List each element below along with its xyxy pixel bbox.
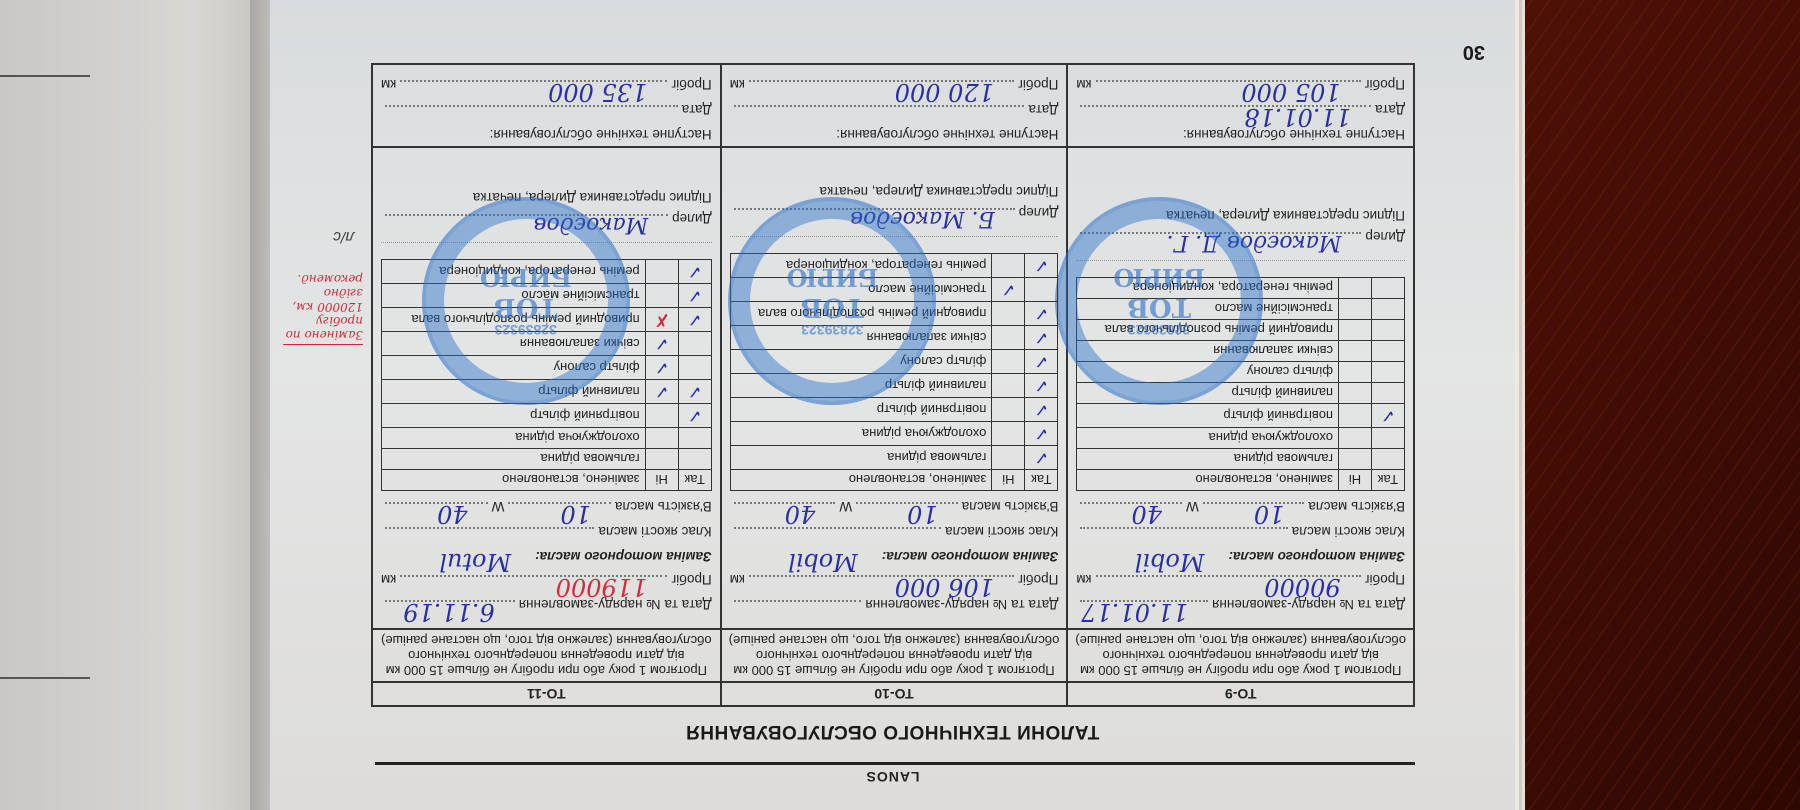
no-checkbox[interactable] [1339,404,1372,428]
next-mileage-field[interactable]: 120 000 [749,80,1014,96]
no-checkbox[interactable]: ✓ [645,332,678,356]
checklist-row: ремінь генератора, кондиціонера [1077,278,1405,299]
checklist-item-label: трансмісійне масло [730,278,992,302]
coupons-table: ТО-9 Протягом 1 року або при пробігу не … [371,63,1415,707]
order-date-value: 6.11.19 [403,598,495,626]
checklist-row: ✓фільтр салону [382,356,712,380]
oil-class-label: Клас якості масла [598,524,711,539]
mileage-field[interactable]: 106 000 [749,575,1014,591]
checklist-item-label: трансмісійне масло [382,284,646,308]
viscosity-a-value: 10 [1254,500,1285,528]
oil-class-label: Клас якості масла [945,524,1058,539]
yes-checkbox[interactable]: ✓ [1025,374,1058,398]
mileage-label: Пробіг [671,572,711,587]
yes-checkbox[interactable]: ✓ [1025,302,1058,326]
coupon-condition: Протягом 1 року або при пробігу не більш… [722,628,1067,681]
next-date-field[interactable] [385,105,678,121]
order-date-field[interactable]: 11.01.17 [1080,600,1208,616]
next-mileage-value: 105 000 [1241,78,1340,106]
next-mileage-label: Пробіг [671,77,711,92]
no-checkbox[interactable]: ✓ [992,278,1025,302]
oil-class-label: Клас якості масла [1292,524,1405,539]
page-title: ТАЛОНИ ТЕХНІЧНОГО ОБСЛУГОВУВАННЯ [270,720,1515,742]
yes-checkbox[interactable]: ✓ [678,380,711,404]
checklist-row: ✓повітряний фільтр [730,398,1058,422]
replaced-header: замінено, встановлено [730,470,992,491]
checklist-row: свічки запалювання [1077,341,1405,362]
checklist-item-label: гальмова рідина [730,446,992,470]
checklist-item-label: фільтр салону [382,356,646,380]
checklist-row: охолоджуюча рідина [382,428,712,449]
no-checkbox[interactable] [645,449,678,470]
oil-brand-field[interactable]: Motul [385,552,531,566]
next-date-field[interactable]: 11.01.18 [1080,105,1371,121]
oil-class-line: Клас якості масла [381,524,712,543]
checklist-row: ✓ремінь генератора, кондиціонера [382,260,712,284]
yes-checkbox[interactable]: ✓ [678,308,711,332]
oil-viscosity-line: В'язкість масла 10 W 40 [381,499,712,518]
no-header: Ні [645,470,678,491]
km-unit: км [1076,77,1091,92]
next-mileage-line: Пробіг 105 000 км [1076,77,1405,96]
viscosity-b-field[interactable]: 40 [1080,502,1182,518]
checklist-item-label: фільтр салону [730,350,992,374]
oil-class-field[interactable] [385,527,594,543]
dealer-line: Дилер Макоєдов [381,211,712,230]
dealer-label: Дилер [672,211,712,226]
checklist-item-label: повітряний фільтр [382,404,646,428]
dealer-label: Дилер [1019,205,1059,220]
checklist-item-label: повітряний фільтр [730,398,992,422]
next-mileage-label: Пробіг [1018,77,1058,92]
viscosity-a-value: 10 [560,500,591,528]
checklist-item-label: ремінь генератора, кондиціонера [730,254,992,278]
checklist-item-label: гальмова рідина [1077,449,1339,470]
km-unit: км [1076,572,1091,587]
no-header: Ні [992,470,1025,491]
checklist-item-label: паливний фільтр [382,380,646,404]
coupon-body: Дата та № наряду-замовлення 11.01.17 Про… [1068,202,1413,628]
checklist-row: ✓охолоджуюча рідина [730,422,1058,446]
dealer-label: Дилер [1365,229,1405,244]
next-mileage-field[interactable]: 135 000 [400,80,667,96]
checklist-item-label: паливний фільтр [730,374,992,398]
yes-checkbox[interactable]: ✓ [1025,326,1058,350]
next-mileage-value: 120 000 [895,78,994,106]
next-date-label: Дата [682,102,712,117]
dealer-line: Дилер Макоєдов Д. Г. [1076,229,1405,248]
dealer-field[interactable]: Б. Макоєдов [734,208,1015,224]
yes-checkbox[interactable]: ✓ [1025,254,1058,278]
checklist-row: ✓паливний фільтр [730,374,1058,398]
order-date-value: 11.01.17 [1081,598,1188,626]
order-date-field[interactable]: 6.11.19 [385,600,515,616]
viscosity-a-field[interactable]: 10 [856,502,958,518]
oil-brand-value: Motul [439,548,511,576]
next-service-block: Наступне технічне обслуговування: Дата П… [373,65,720,148]
no-checkbox[interactable] [992,374,1025,398]
checklist-item-label: трансмісійне масло [1077,299,1339,320]
checklist-item-label: фільтр салону [1077,362,1339,383]
viscosity-b-value: 40 [785,500,816,528]
checklist-item-label: приводний ремінь розподільчого вала [1077,320,1339,341]
checklist-row: ✓трансмісійне масло [382,284,712,308]
oil-brand-field[interactable]: Mobil [734,552,878,566]
oil-class-field[interactable] [734,527,941,543]
next-mileage-label: Пробіг [1365,77,1405,92]
checklist-item-label: паливний фільтр [1077,383,1339,404]
page-content-rotated: LANOS ТАЛОНИ ТЕХНІЧНОГО ОБСЛУГОВУВАННЯ Т… [270,0,1515,810]
no-checkbox[interactable] [1339,383,1372,404]
checklist-item-label: охолоджуюча рідина [730,422,992,446]
mileage-line: Пробіг 119000 км [381,572,712,591]
coupon-title: ТО-10 [722,681,1067,705]
header-rule [375,762,1415,765]
coupon-body: Дата та № наряду-замовлення 6.11.19 Проб… [373,184,720,628]
checklist-item-label: приводний ремінь розподільчого вала [382,308,646,332]
checklist-header: ТакНізамінено, встановлено [1077,470,1405,491]
mileage-value: 90000 [1264,573,1340,601]
km-unit: км [381,572,396,587]
oil-viscosity-label: В'язкість масла [615,499,712,514]
checklist-row: ✓ремінь генератора, кондиціонера [730,254,1058,278]
order-date-line: Дата та № наряду-замовлення 11.01.17 [1076,597,1405,616]
checklist-row: ✓✓паливний фільтр [382,380,712,404]
viscosity-b-value: 40 [1131,500,1162,528]
mileage-label: Пробіг [1365,572,1405,587]
checklist-item-label: ремінь генератора, кондиціонера [1077,278,1339,299]
checklist-item-label: свічки запалювання [730,326,992,350]
dealer-sign-label: Підпис представника Дилера, печатка [730,184,1059,199]
service-coupon-1: ТО-10 Протягом 1 року або при пробігу не… [720,65,1067,705]
checklist-item-label: охолоджуюча рідина [382,428,646,449]
dealer-name-handwritten: Б. Макоєдов [850,206,995,231]
checklist-item-label: приводний ремінь розподільчого вала [730,302,992,326]
dealer-signature-block: Дилер Макоєдов Д. Г. Підпис представника… [1076,208,1405,261]
yes-checkbox[interactable]: ✓ [1372,404,1405,428]
no-checkbox[interactable]: ✓ [645,356,678,380]
yes-checkbox[interactable]: ✓ [678,260,711,284]
order-date-field[interactable] [734,600,862,616]
viscosity-b-value: 40 [437,500,468,528]
no-checkbox[interactable] [992,422,1025,446]
yes-checkbox[interactable]: ✓ [1025,446,1058,470]
yes-checkbox[interactable] [1372,320,1405,341]
no-checkbox[interactable] [645,260,678,284]
yes-checkbox[interactable] [1372,362,1405,383]
checklist-row: приводний ремінь розподільчого вала [1077,320,1405,341]
viscosity-a-value: 10 [907,500,938,528]
viscosity-a-field[interactable]: 10 [1203,502,1305,518]
brand-label: LANOS [270,769,1515,785]
checklist-row: ✓трансмісійне масло [730,278,1058,302]
checklist-row: ✓✗приводний ремінь розподільчого вала [382,308,712,332]
left-facing-page [0,0,280,810]
maintenance-checklist: ТакНізамінено, встановленогальмова рідин… [381,259,712,491]
yes-checkbox[interactable]: ✓ [1025,350,1058,374]
dealer-sign-label: Підпис представника Дилера, печатка [381,190,712,205]
yes-checkbox[interactable]: ✓ [1025,422,1058,446]
yes-checkbox[interactable] [1372,341,1405,362]
yes-checkbox[interactable] [678,428,711,449]
checklist-row: охолоджуюча рідина [1077,428,1405,449]
no-checkbox[interactable] [1339,320,1372,341]
service-coupon-2: ТО-11 Протягом 1 року або при пробігу не… [373,65,720,705]
checklist-row: гальмова рідина [382,449,712,470]
oil-change-line: Заміна моторного масла: Mobil [730,549,1059,566]
checklist-row: трансмісійне масло [1077,299,1405,320]
no-checkbox[interactable] [992,254,1025,278]
yes-checkbox[interactable] [1372,383,1405,404]
oil-class-line: Клас якості масла [1076,524,1405,543]
checklist-item-label: свічки запалювання [382,332,646,356]
oil-brand-value: Mobil [1135,548,1205,576]
km-unit: км [381,77,396,92]
no-checkbox[interactable] [1339,362,1372,383]
checklist-row: паливний фільтр [1077,383,1405,404]
no-checkbox[interactable] [992,350,1025,374]
next-service-label: Наступне технічне обслуговування: [1076,127,1405,142]
no-checkbox[interactable] [645,404,678,428]
mileage-value: 119000 [556,573,648,601]
mileage-line: Пробіг 106 000 км [730,572,1059,591]
yes-header: Так [1025,470,1058,491]
oil-brand-field[interactable]: Mobil [1080,552,1224,566]
next-service-block: Наступне технічне обслуговування: Дата П… [722,65,1067,148]
coupon-condition: Протягом 1 року або при пробігу не більш… [1068,628,1413,681]
yes-checkbox[interactable] [1372,449,1405,470]
checklist-row: ✓свічки запалювання [730,326,1058,350]
yes-checkbox[interactable] [1025,278,1058,302]
page-number: 30 [1463,40,1485,63]
no-checkbox[interactable]: ✓ [645,380,678,404]
checklist-item-label: гальмова рідина [382,449,646,470]
mileage-value: 106 000 [895,573,994,601]
checklist-row: ✓повітряний фільтр [382,404,712,428]
coupon-title: ТО-11 [373,681,720,705]
mileage-field[interactable]: 90000 [1096,575,1361,591]
next-date-value: 11.01.18 [1244,103,1351,131]
service-booklet-page: LANOS ТАЛОНИ ТЕХНІЧНОГО ОБСЛУГОВУВАННЯ Т… [270,0,1515,810]
checklist-item-label: повітряний фільтр [1077,404,1339,428]
oil-viscosity-label: В'язкість масла [962,499,1059,514]
next-mileage-value: 135 000 [548,78,647,106]
no-checkbox[interactable] [1339,341,1372,362]
maintenance-checklist: ТакНізамінено, встановлено✓гальмова ріди… [730,253,1059,491]
oil-viscosity-line: В'язкість масла 10 W 40 [1076,499,1405,518]
oil-brand-value: Mobil [788,548,858,576]
no-checkbox[interactable] [992,302,1025,326]
no-checkbox[interactable] [992,398,1025,422]
oil-change-label: Заміна моторного масла: [535,549,712,564]
no-checkbox[interactable] [1339,299,1372,320]
next-service-label: Наступне технічне обслуговування: [381,127,712,142]
maintenance-checklist: ТакНізамінено, встановленогальмова рідин… [1076,277,1405,491]
next-service-label: Наступне технічне обслуговування: [730,127,1059,142]
next-mileage-line: Пробіг 135 000 км [381,77,712,96]
checklist-row: ✓гальмова рідина [730,446,1058,470]
next-mileage-field[interactable]: 105 000 [1096,80,1361,96]
next-date-field[interactable] [734,105,1025,121]
viscosity-b-field[interactable]: 40 [385,502,488,518]
oil-class-line: Клас якості масла [730,524,1059,543]
coupon-condition: Протягом 1 року або при пробігу не більш… [373,628,720,681]
viscosity-b-field[interactable]: 40 [734,502,836,518]
next-mileage-line: Пробіг 120 000 км [730,77,1059,96]
next-service-block: Наступне технічне обслуговування: Дата 1… [1068,65,1413,148]
order-date-line: Дата та № наряду-замовлення 6.11.19 [381,597,712,616]
oil-viscosity-line: В'язкість масла 10 W 40 [730,499,1059,518]
oil-change-line: Заміна моторного масла: Mobil [1076,549,1405,566]
km-unit: км [730,77,745,92]
replaced-header: замінено, встановлено [382,470,646,491]
service-coupon-0: ТО-9 Протягом 1 року або при пробігу не … [1066,65,1413,705]
yes-header: Так [1372,470,1405,491]
checklist-row: гальмова рідина [1077,449,1405,470]
dealer-sign-label: Підпис представника Дилера, печатка [1076,208,1405,223]
km-unit: км [730,572,745,587]
no-checkbox[interactable] [1339,428,1372,449]
yes-checkbox[interactable] [1372,278,1405,299]
oil-viscosity-label: В'язкість масла [1308,499,1405,514]
margin-handwritten-note: л/с [333,227,354,245]
oil-class-field[interactable] [1080,527,1287,543]
dealer-field[interactable]: Макоєдов Д. Г. [1080,232,1361,248]
coupon-body: Дата та № наряду-замовлення Пробіг 106 0… [722,178,1067,628]
viscosity-separator: W [839,499,852,514]
yes-checkbox[interactable] [1372,299,1405,320]
viscosity-separator: W [492,499,505,514]
no-checkbox[interactable] [1339,278,1372,299]
checklist-row: ✓свічки запалювання [382,332,712,356]
checklist-item-label: свічки запалювання [1077,341,1339,362]
wooden-table [1480,0,1800,810]
no-checkbox[interactable] [645,284,678,308]
coupon-title: ТО-9 [1068,681,1413,705]
checklist-item-label: охолоджуюча рідина [1077,428,1339,449]
yes-checkbox[interactable]: ✓ [678,284,711,308]
no-checkbox[interactable] [645,428,678,449]
mileage-field[interactable]: 119000 [400,575,667,591]
checklist-row: ✓фільтр салону [730,350,1058,374]
yes-header: Так [678,470,711,491]
dealer-name-handwritten: Макоєдов Д. Г. [1167,230,1342,255]
oil-change-label: Заміна моторного масла: [882,549,1059,564]
yes-checkbox[interactable] [678,356,711,380]
left-page-coupon-fragment [0,75,90,679]
dealer-line: Дилер Б. Макоєдов [730,205,1059,224]
oil-change-line: Заміна моторного масла: Motul [381,549,712,566]
next-date-label: Дата [1028,102,1058,117]
checklist-row: фільтр салону [1077,362,1405,383]
checklist-row: ✓приводний ремінь розподільчого вала [730,302,1058,326]
dealer-signature-block: Дилер Макоєдов Підпис представника Дилер… [381,190,712,243]
mileage-line: Пробіг 90000 км [1076,572,1405,591]
next-date-line: Дата [381,102,712,121]
checklist-header: ТакНізамінено, встановлено [382,470,712,491]
viscosity-separator: W [1186,499,1199,514]
checklist-row: ✓повітряний фільтр [1077,404,1405,428]
yes-checkbox[interactable] [678,449,711,470]
dealer-signature-block: Дилер Б. Макоєдов Підпис представника Ди… [730,184,1059,237]
dealer-field[interactable]: Макоєдов [385,214,668,230]
no-header: Ні [1339,470,1372,491]
checklist-header: ТакНізамінено, встановлено [730,470,1058,491]
no-checkbox[interactable] [992,446,1025,470]
no-checkbox[interactable]: ✗ [645,308,678,332]
next-date-label: Дата [1375,102,1405,117]
yes-checkbox[interactable]: ✓ [1025,398,1058,422]
no-checkbox[interactable] [1339,449,1372,470]
yes-checkbox[interactable] [1372,428,1405,449]
yes-checkbox[interactable]: ✓ [678,404,711,428]
yes-checkbox[interactable] [678,332,711,356]
checklist-item-label: ремінь генератора, кондиціонера [382,260,646,284]
oil-change-label: Заміна моторного масла: [1228,549,1405,564]
mileage-label: Пробіг [1018,572,1058,587]
red-handwritten-note: Замінено по пробігу 120000 км, згідно ре… [283,272,363,345]
dealer-name-handwritten: Макоєдов [534,212,648,237]
replaced-header: замінено, встановлено [1077,470,1339,491]
viscosity-a-field[interactable]: 10 [508,502,611,518]
no-checkbox[interactable] [992,326,1025,350]
